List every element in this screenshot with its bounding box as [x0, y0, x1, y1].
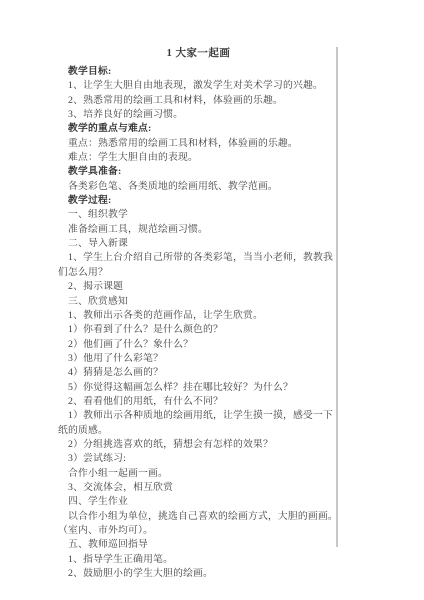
doc-line: 1）你看到了什么？是什么颜色的？ — [58, 323, 339, 337]
doc-line: 难点：学生大胆自由的表现。 — [58, 151, 339, 165]
doc-line: 2、看看他们的用纸，有什么不同？ — [58, 395, 339, 409]
doc-line: 1、教师出示各类的范画作品，让学生欣赏。 — [58, 309, 339, 323]
doc-line: 2、熟悉常用的绘画工具和材料，体验画的乐趣。 — [58, 94, 339, 108]
doc-line: 各类彩色笔、各类质地的绘画用纸、教学范画。 — [58, 180, 339, 194]
doc-line: 以合作小组为单位，挑选自己喜欢的绘画方式，大胆的画画。（室内、市外均可）。 — [58, 510, 339, 539]
doc-line: 准备绘画工具，规范绘画习惯。 — [58, 223, 339, 237]
doc-section-heading: 教学的重点与难点: — [58, 122, 339, 136]
document-title: 1 大家一起画 — [58, 46, 339, 61]
doc-line: 2）他们画了什么？象什么？ — [58, 338, 339, 352]
doc-line: 四、学生作业 — [58, 495, 339, 509]
doc-line: 3、培养良好的绘画习惯。 — [58, 108, 339, 122]
doc-line: 3）他用了什么彩笔？ — [58, 352, 339, 366]
doc-line: 1、让学生大胆自由地表现，激发学生对美术学习的兴趣。 — [58, 79, 339, 93]
doc-section-heading: 教学具准备: — [58, 165, 339, 179]
doc-line: 1、指导学生正确用笔。 — [58, 553, 339, 567]
doc-line: 1）教师出示各种质地的绘画用纸，让学生摸一摸，感受一下纸的质感。 — [58, 409, 339, 438]
doc-line: 3）尝试练习: — [58, 452, 339, 466]
doc-line: 一、组织教学 — [58, 208, 339, 222]
doc-line: 5）你觉得这幅画怎么样？挂在哪比较好？为什么？ — [58, 381, 339, 395]
page-edge-divider — [336, 47, 338, 547]
doc-line: 3、交流体会，相互欣赏 — [58, 481, 339, 495]
doc-line: 二、导入新课 — [58, 237, 339, 251]
doc-line: 4）猜猜是怎么画的？ — [58, 366, 339, 380]
doc-line: 合作小组一起画一画。 — [58, 467, 339, 481]
document-body: 教学目标:1、让学生大胆自由地表现，激发学生对美术学习的兴趣。2、熟悉常用的绘画… — [58, 65, 339, 581]
doc-line: 五、教师巡回指导 — [58, 538, 339, 552]
document-content: 1 大家一起画 教学目标:1、让学生大胆自由地表现，激发学生对美术学习的兴趣。2… — [58, 46, 339, 581]
document-page: 1 大家一起画 教学目标:1、让学生大胆自由地表现，激发学生对美术学习的兴趣。2… — [0, 0, 424, 600]
doc-line: 重点：熟悉常用的绘画工具和材料，体验画的乐趣。 — [58, 137, 339, 151]
doc-line: 三、欣赏感知 — [58, 295, 339, 309]
doc-line: 2、鼓励胆小的学生大胆的绘画。 — [58, 567, 339, 581]
doc-section-heading: 教学目标: — [58, 65, 339, 79]
doc-line: 2、揭示课题 — [58, 280, 339, 294]
doc-line: 2）分组挑选喜欢的纸，猜想会有怎样的效果？ — [58, 438, 339, 452]
doc-line: 1、学生上台介绍自己所带的各类彩笔，当当小老师，教教我们怎么用？ — [58, 251, 339, 280]
doc-section-heading: 教学过程: — [58, 194, 339, 208]
